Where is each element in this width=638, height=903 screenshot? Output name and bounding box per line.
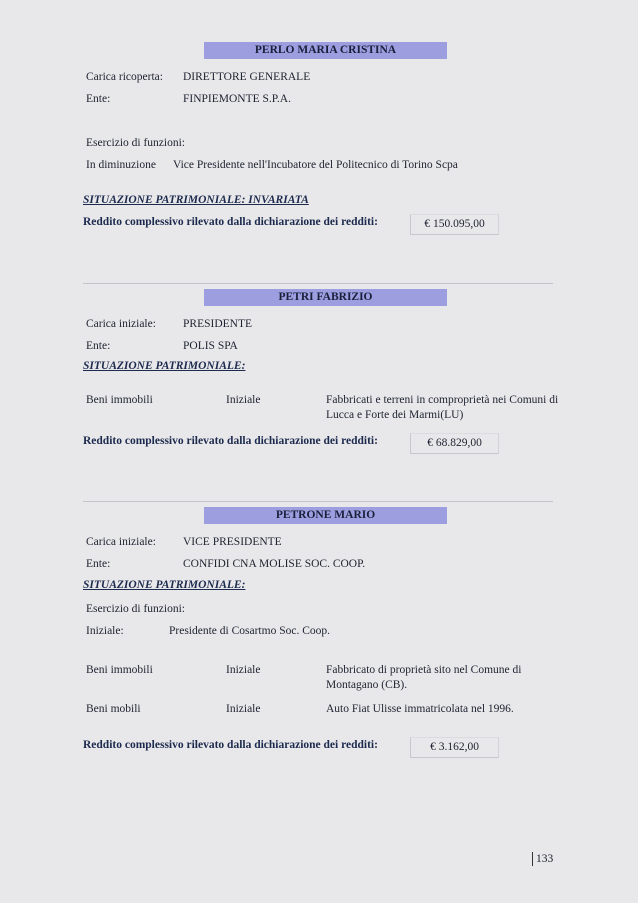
income-value: € 3.162,00	[410, 737, 499, 758]
person-name-header: PETRI FABRIZIO	[204, 289, 447, 306]
functions-heading: Esercizio di funzioni:	[86, 136, 185, 150]
field-value: VICE PRESIDENTE	[183, 535, 282, 549]
person-name-header: PERLO MARIA CRISTINA	[204, 42, 447, 59]
field-label: Ente:	[86, 92, 110, 106]
field-label: Carica iniziale:	[86, 317, 156, 331]
field-label: Ente:	[86, 557, 110, 571]
asset-type: Beni mobili	[86, 702, 141, 716]
asset-status: Iniziale	[226, 663, 260, 677]
field-value: FINPIEMONTE S.P.A.	[183, 92, 291, 106]
field-label: Carica ricoperta:	[86, 70, 163, 84]
income-value: € 68.829,00	[410, 433, 499, 454]
situation-heading: SITUAZIONE PATRIMONIALE: INVARIATA	[83, 194, 309, 206]
asset-type: Beni immobili	[86, 393, 153, 407]
situation-heading: SITUAZIONE PATRIMONIALE:	[83, 579, 245, 591]
field-value: CONFIDI CNA MOLISE SOC. COOP.	[183, 557, 365, 571]
asset-description: Auto Fiat Ulisse immatricolata nel 1996.	[326, 702, 561, 717]
income-value: € 150.095,00	[410, 214, 499, 235]
asset-description: Fabbricato di proprietà sito nel Comune …	[326, 663, 561, 693]
functions-heading: Esercizio di funzioni:	[86, 602, 185, 616]
function-label: In diminuzione	[86, 158, 156, 172]
section-divider	[83, 283, 553, 284]
function-value: Vice Presidente nell'Incubatore del Poli…	[173, 158, 458, 172]
field-value: PRESIDENTE	[183, 317, 252, 331]
document-page: PERLO MARIA CRISTINA Carica ricoperta: D…	[0, 0, 638, 903]
function-label: Iniziale:	[86, 624, 124, 638]
income-label: Reddito complessivo rilevato dalla dichi…	[83, 216, 378, 228]
income-label: Reddito complessivo rilevato dalla dichi…	[83, 435, 378, 447]
field-label: Ente:	[86, 339, 110, 353]
asset-type: Beni immobili	[86, 663, 153, 677]
page-number: 133	[532, 852, 553, 866]
asset-status: Iniziale	[226, 702, 260, 716]
section-divider	[83, 501, 553, 502]
asset-description: Fabbricati e terreni in comproprietà nei…	[326, 393, 561, 423]
person-name-header: PETRONE MARIO	[204, 507, 447, 524]
field-value: DIRETTORE GENERALE	[183, 70, 310, 84]
situation-heading: SITUAZIONE PATRIMONIALE:	[83, 360, 245, 372]
income-label: Reddito complessivo rilevato dalla dichi…	[83, 739, 378, 751]
function-value: Presidente di Cosartmo Soc. Coop.	[169, 624, 330, 638]
field-value: POLIS SPA	[183, 339, 238, 353]
asset-status: Iniziale	[226, 393, 260, 407]
field-label: Carica iniziale:	[86, 535, 156, 549]
